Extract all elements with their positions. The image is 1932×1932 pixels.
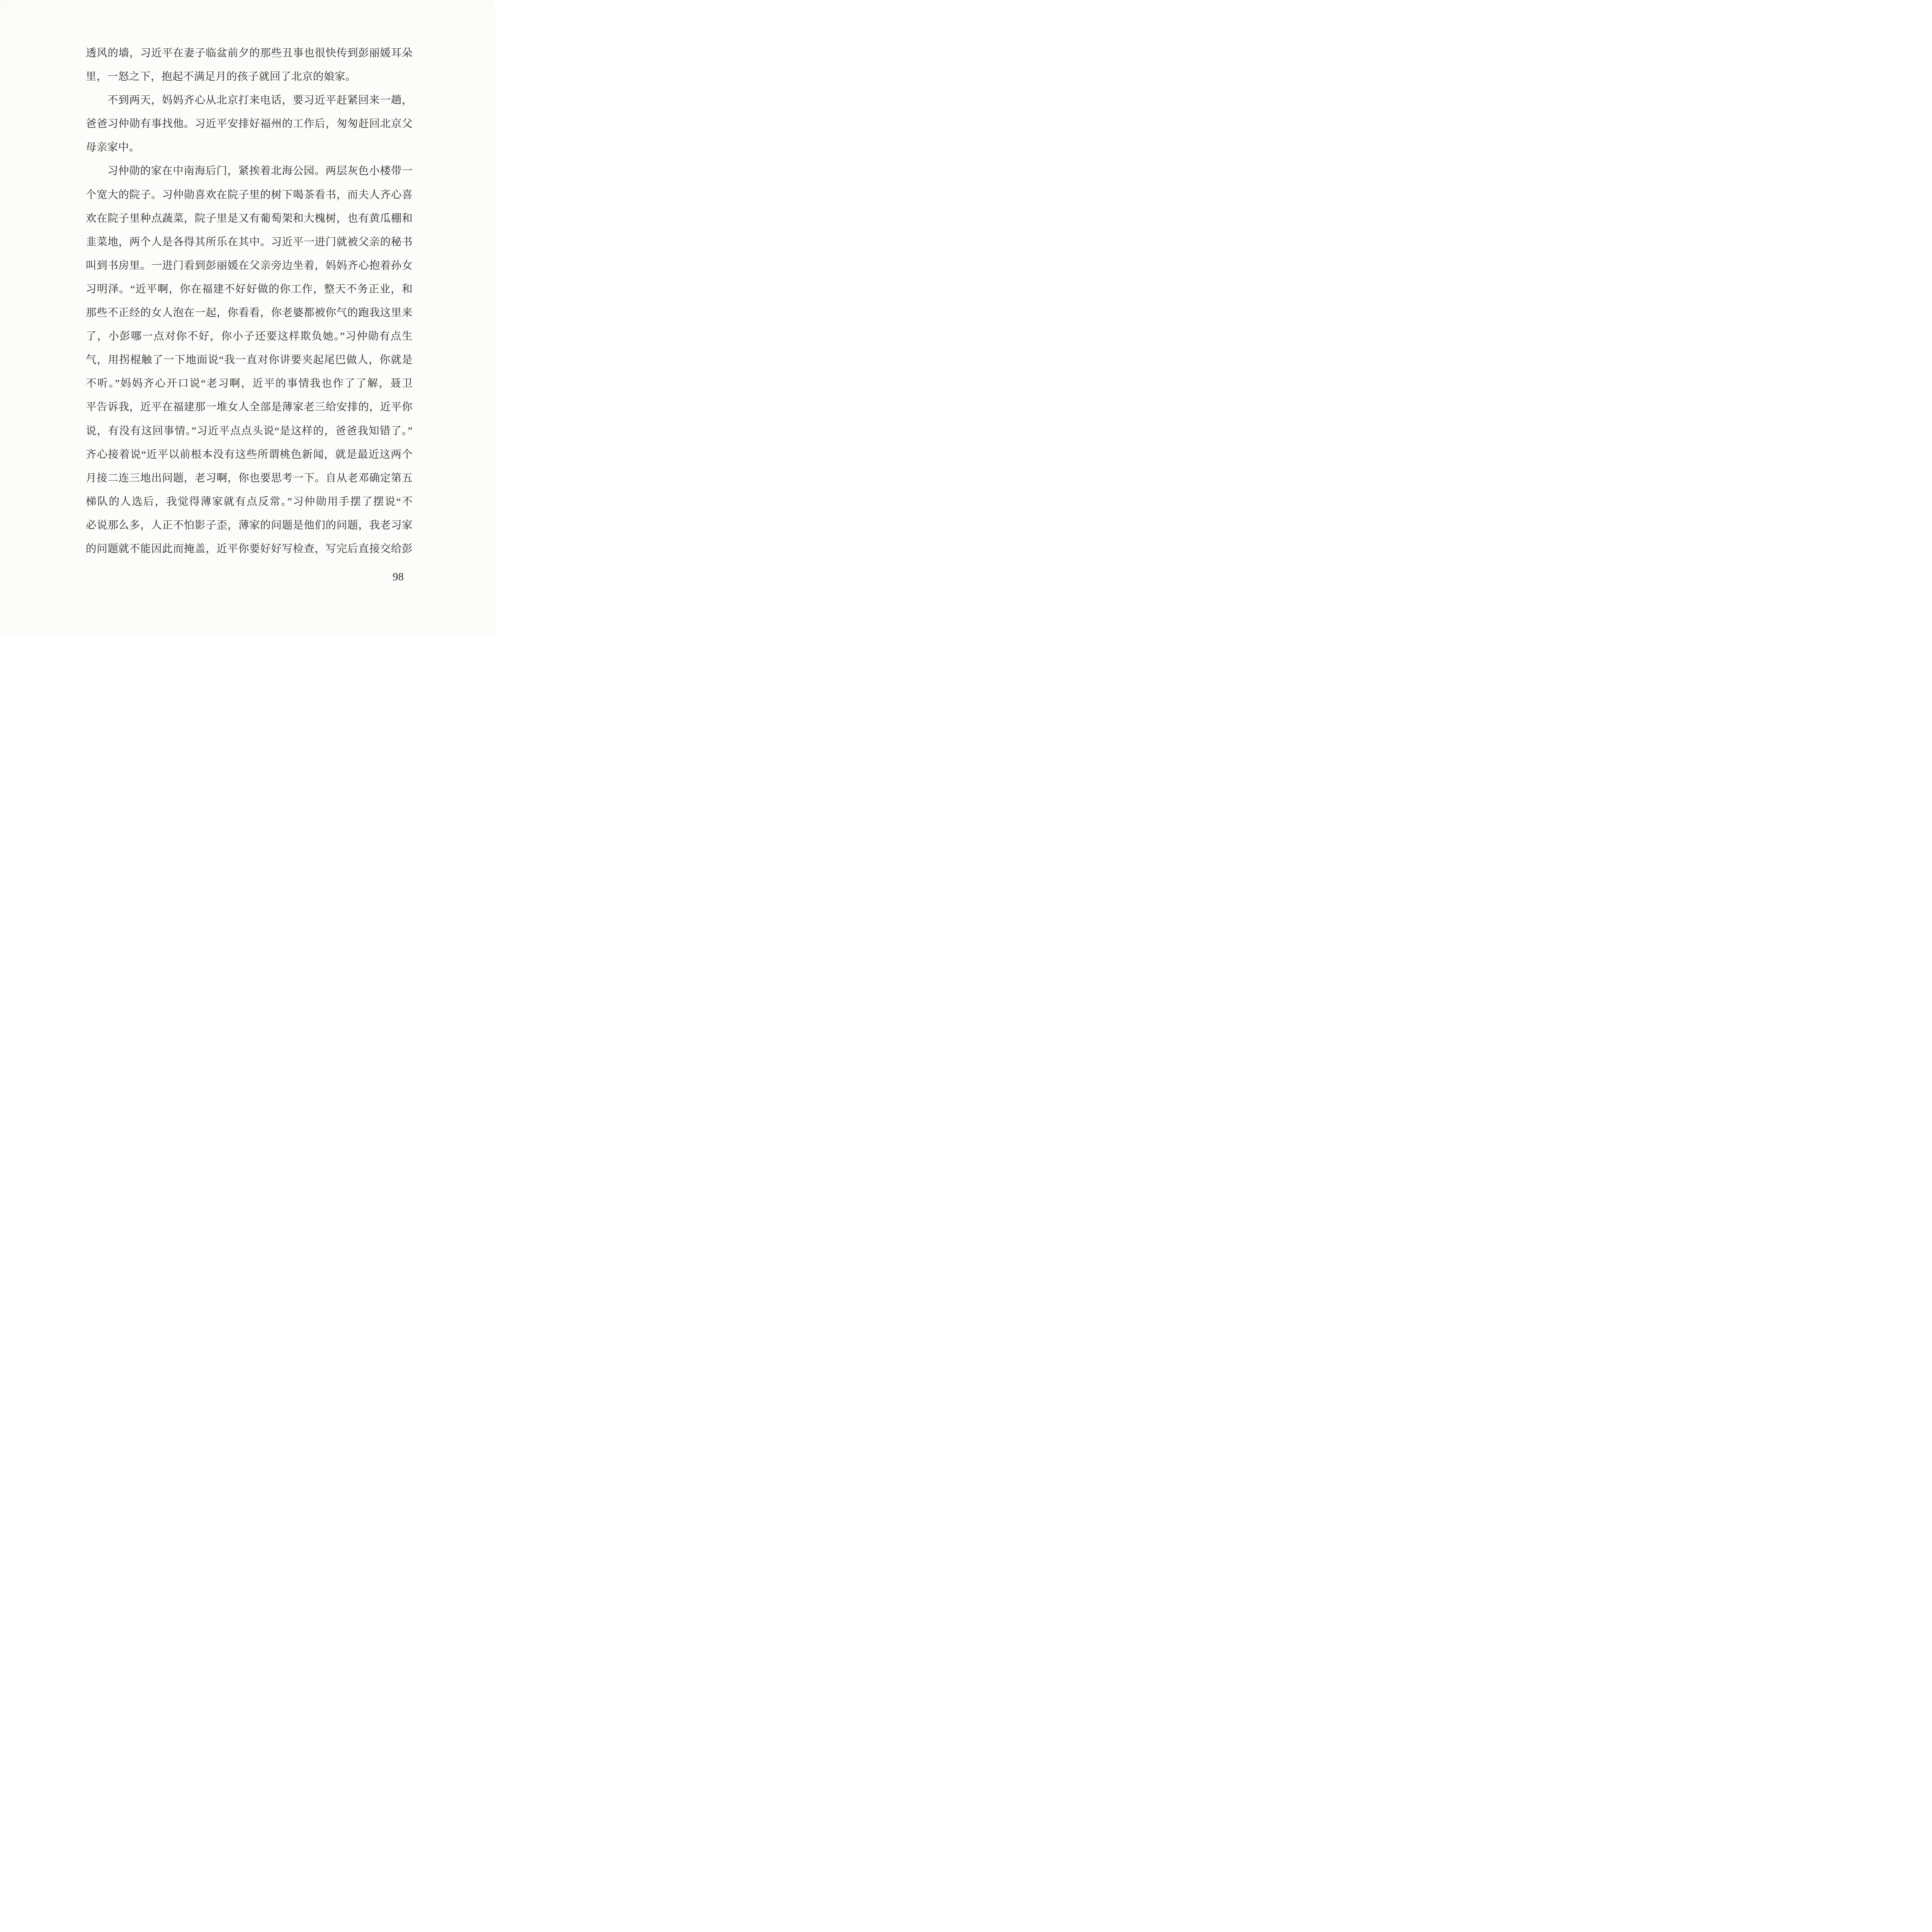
- text-line: 爸爸习仲勋有事找他。习近平安排好福州的工作后，匆匆赶回北京父: [86, 112, 413, 135]
- text-line: 气，用拐棍触了一下地面说“我一直对你讲要夹起尾巴做人，你就是: [86, 348, 413, 371]
- text-line: 齐心接着说“近平以前根本没有这些所谓桃色新闻，就是最近这两个: [86, 442, 413, 466]
- scan-edge-top: [0, 5, 495, 6]
- body-text: 透风的墙，习近平在妻子临盆前夕的那些丑事也很快传到彭丽媛耳朵里，一怒之下，抱起不…: [86, 41, 413, 560]
- text-line: 欢在院子里种点蔬菜，院子里是又有葡萄架和大槐树，也有黄瓜棚和: [86, 206, 413, 230]
- text-line: 习仲勋的家在中南海后门，紧挨着北海公园。两层灰色小楼带一: [86, 159, 413, 182]
- text-line: 说，有没有这回事情。”习近平点点头说“是这样的，爸爸我知错了。”: [86, 419, 413, 442]
- text-line: 韭菜地，两个人是各得其所乐在其中。习近平一进门就被父亲的秘书: [86, 230, 413, 253]
- text-line: 不到两天，妈妈齐心从北京打来电话，要习近平赶紧回来一趟，: [86, 88, 413, 112]
- scan-edge-left: [5, 0, 5, 637]
- page-number: 98: [393, 571, 404, 583]
- text-line: 了，小彭哪一点对你不好，你小子还要这样欺负她。”习仲勋有点生: [86, 324, 413, 348]
- text-line: 习明泽。“近平啊，你在福建不好好做的你工作，整天不务正业，和: [86, 277, 413, 301]
- text-line: 母亲家中。: [86, 135, 413, 159]
- text-line: 叫到书房里。一进门看到彭丽媛在父亲旁边坐着，妈妈齐心抱着孙女: [86, 253, 413, 277]
- text-line: 平告诉我，近平在福建那一堆女人全部是薄家老三给安排的，近平你: [86, 395, 413, 418]
- text-line: 个宽大的院子。习仲勋喜欢在院子里的树下喝茶看书，而夫人齐心喜: [86, 183, 413, 206]
- text-line: 里，一怒之下，抱起不满足月的孩子就回了北京的娘家。: [86, 65, 413, 88]
- text-line: 不听。”妈妈齐心开口说“老习啊，近平的事情我也作了了解，聂卫: [86, 371, 413, 395]
- text-line: 的问题就不能因此而掩盖，近平你要好好写检查，写完后直接交给彭: [86, 537, 413, 560]
- text-line: 梯队的人选后，我觉得薄家就有点反常。”习仲勋用手摆了摆说“不: [86, 490, 413, 513]
- text-line: 必说那么多，人正不怕影子歪，薄家的问题是他们的问题，我老习家: [86, 513, 413, 537]
- text-line: 透风的墙，习近平在妻子临盆前夕的那些丑事也很快传到彭丽媛耳朵: [86, 41, 413, 65]
- scanned-book-page: 透风的墙，习近平在妻子临盆前夕的那些丑事也很快传到彭丽媛耳朵里，一怒之下，抱起不…: [0, 0, 495, 637]
- text-line: 月接二连三地出问题，老习啊，你也要思考一下。自从老邓确定第五: [86, 466, 413, 490]
- text-line: 那些不正经的女人泡在一起，你看看，你老婆都被你气的跑我这里来: [86, 301, 413, 324]
